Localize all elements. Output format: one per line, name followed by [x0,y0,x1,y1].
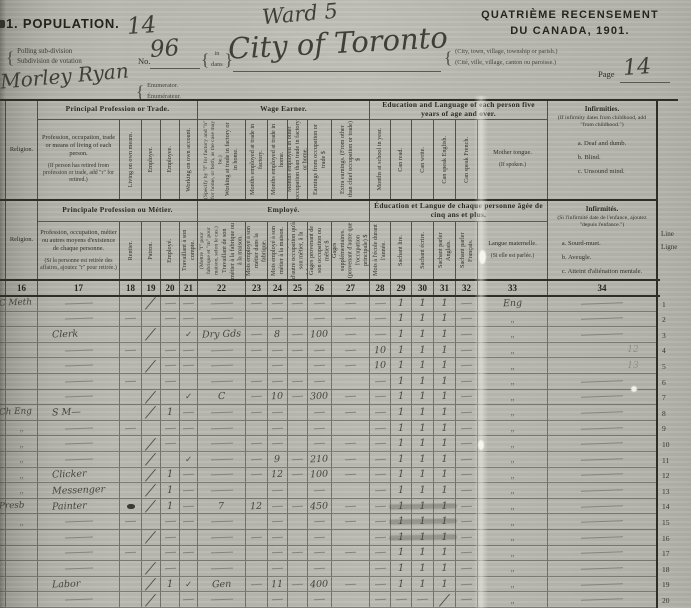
entry-L4-c21 [183,350,194,351]
cell-L10-c16: „ [6,436,38,452]
entry-L14-c20: 1 [167,501,173,512]
entry-L12-c26: 100 [310,469,329,481]
cell-L5-c19: / [142,358,161,374]
cell-L14-c22: 7 [198,499,246,515]
entry-L19-c33: „ [511,579,515,589]
entry-L8-c17: S M— [52,406,81,418]
cell-L19-c17: Labor [38,577,120,593]
cell-L9-c30: 1 [412,421,434,437]
cell-L10-c30: 1 [412,436,434,452]
cell-L8-c22 [198,405,246,421]
entry-L9-c24 [272,428,283,429]
cell-L6-c30: 1 [412,374,434,390]
cell-L1-c34 [548,296,657,312]
entry-L11-c34 [581,459,623,460]
cell-L4-c34: 12 [548,343,657,359]
entry-L6-c23 [251,381,262,382]
cell-L17-c34 [548,546,657,562]
cell-L2-c33: „ [478,312,548,328]
cell-L16-c17 [38,530,120,546]
cell-L5-c31: 1 [434,358,456,374]
col32-header-fr: Sachant parler Français. [456,222,478,280]
cell-L19-c21: ✓ [180,577,198,593]
entry-L11-c32 [461,459,472,460]
cell-L6-c17 [38,374,120,390]
entry-L5-c31: 1 [441,360,447,371]
cell-L16-c21 [180,530,198,546]
entry-L17-c34 [581,552,623,553]
brace-icon: { [201,51,209,68]
cell-L9-c22 [198,421,246,437]
entry-L18-c34 [581,568,623,569]
cell-L12-c20: 1 [161,468,180,484]
entry-L11-c23 [251,459,262,460]
entry-L16-c17 [65,537,93,538]
cell-L1-c32 [456,296,478,312]
entry-L4-c25 [292,350,303,351]
cell-L12-c33: „ [478,468,548,484]
cell-L14-c20: 1 [161,499,180,515]
entry-L17-c24 [272,552,283,553]
entry-L16-c32 [461,537,472,538]
entry-L18-c28 [375,568,386,569]
cell-L14-c26: 450 [308,499,332,515]
cell-L15-c27 [332,514,370,530]
entry-L2-c29: 1 [398,313,404,324]
cell-L17-c26 [308,546,332,562]
cell-L7-c16 [6,390,38,406]
cell-L11-c31: 1 [434,452,456,468]
cell-L11-c23 [246,452,268,468]
group-header-en-2: Education and Language of each person fi… [370,100,548,120]
entry-L6-c29: 1 [398,376,404,387]
entry-L2-c31: 1 [441,313,447,324]
cell-L12-c21 [180,468,198,484]
cell-L6-c28 [370,374,391,390]
cell-L5-c18 [120,358,142,374]
entry-L19-c26: 400 [310,578,329,590]
entry-L13-c21 [183,490,194,491]
cell-L2-c21 [180,312,198,328]
entry-L18-c33: „ [511,563,515,573]
entry-L5-c33: „ [511,361,515,371]
entry-L3-c32 [461,334,472,335]
table-rule [0,199,657,201]
cell-L11-c16: „ [6,452,38,468]
cell-L6-c16 [6,374,38,390]
col17-header-en: Profession, occupation, trade or means o… [38,120,120,200]
entry-L4-c18 [125,350,136,351]
cell-L13-c26 [308,483,332,499]
cell-L8-c25 [288,405,308,421]
col27-header-fr: Gages supplémentaires. (provenant d'autr… [332,222,370,280]
entry-L2-c33: „ [511,314,515,324]
entry-L14-c19: / [146,497,157,515]
entry-L9-c22 [211,428,233,429]
entry-L17-c20 [165,552,176,553]
cell-L4-c29: 1 [391,343,412,359]
cell-L9-c21 [180,421,198,437]
entry-L14-c18 [127,504,135,509]
entry-L2-c34 [581,318,623,319]
cell-L19-c23 [246,577,268,593]
entry-L19-c28 [375,584,386,585]
entry-L2-c27 [345,318,356,319]
cell-L3-c30: 1 [412,327,434,343]
cell-L19-c25 [288,577,308,593]
cell-L4-c33: „ [478,343,548,359]
cell-L3-c34 [548,327,657,343]
col21-header-en: Working on own account. [180,120,198,200]
entry-L3-c23 [251,334,262,335]
cell-L5-c29: 1 [391,358,412,374]
entry-L3-c24: 8 [274,329,280,340]
cell-L12-c26: 100 [308,468,332,484]
cell-L18-c28 [370,561,391,577]
cell-L19-c28 [370,577,391,593]
entry-L14-c26: 450 [310,500,329,512]
entry-L20-c28 [375,599,386,600]
entry-L7-c25 [292,396,303,397]
entry-L2-c30: 1 [419,313,425,324]
cell-L12-c32 [456,468,478,484]
cell-L18-c24 [268,561,288,577]
cell-L15-c22 [198,514,246,530]
cell-L20-c17 [38,592,120,608]
cell-L8-c31: 1 [434,405,456,421]
entry-L4-c27 [345,350,356,351]
entry-L8-c21 [183,412,194,413]
cell-L20-c26 [308,592,332,608]
entry-L12-c28 [375,474,386,475]
entry-L12-c25 [292,474,303,475]
entry-L6-c24 [272,381,283,382]
entry-L15-c32 [461,521,472,522]
cell-L2-c32 [456,312,478,328]
cell-L3-c16 [6,327,38,343]
cell-L7-c31: 1 [434,390,456,406]
cell-L13-c32 [456,483,478,499]
line-number-9: 9 [662,424,666,433]
col26-header-en: Earnings from occupation or trade $ [308,120,332,200]
entry-L13-c22 [211,490,233,491]
cell-L17-c29: 1 [391,546,412,562]
cell-L14-c16: Presb [6,499,38,515]
cell-L16-c24 [268,530,288,546]
entry-L3-c34 [581,334,623,335]
cell-L4-c32 [456,343,478,359]
cell-L15-c24 [268,514,288,530]
entry-L1-c25 [292,303,303,304]
cell-L5-c32 [456,358,478,374]
cell-L15-c34 [548,514,657,530]
entry-L14-c34 [581,506,623,507]
entry-L7-c28 [375,396,386,397]
entry-L1-c22 [211,303,233,304]
entry-L20-c31: / [439,591,450,608]
entry-L11-c25 [292,459,303,460]
entry-L8-c31: 1 [441,407,447,418]
cell-L2-c18 [120,312,142,328]
cell-L1-c29: 1 [391,296,412,312]
cell-L12-c17: Clicker [38,468,120,484]
entry-L7-c23 [251,396,262,397]
cell-L13-c24 [268,483,288,499]
cell-L10-c28 [370,436,391,452]
entry-L6-c20 [165,381,176,382]
cell-L10-c20 [161,436,180,452]
cell-L13-c18 [120,483,142,499]
col22-header-en: Working at trade in factory or in home.(… [198,120,246,200]
cell-L5-c25 [288,358,308,374]
entry-L5-c34: 13 [627,361,638,371]
cell-L6-c34 [548,374,657,390]
entry-L15-c33: „ [511,517,515,527]
entry-L11-c31: 1 [441,454,447,465]
cell-L7-c18 [120,390,142,406]
cell-L2-c26 [308,312,332,328]
entry-L6-c28 [375,381,386,382]
cell-L15-c23 [246,514,268,530]
cell-L20-c22 [198,592,246,608]
entry-L6-c17 [65,381,93,382]
entry-L14-c28 [375,506,386,507]
entry-L5-c20 [165,365,176,366]
cell-L5-c16 [6,358,38,374]
cell-L6-c24 [268,374,288,390]
cell-L19-c24: 11 [268,577,288,593]
entry-L1-c28 [375,303,386,304]
entry-L2-c20 [165,318,176,319]
entry-L6-c33: „ [511,376,515,386]
entry-L16-c19: / [146,528,157,546]
entry-L8-c26 [314,412,325,413]
entry-L16-c34 [581,537,623,538]
scan-speck [478,440,484,450]
cell-L1-c27 [332,296,370,312]
entry-L3-c27 [345,334,356,335]
entry-L4-c33: „ [511,345,515,355]
entry-L19-c30: 1 [419,579,425,590]
cell-L3-c25 [288,327,308,343]
census-title-line2: DU CANADA, 1901. [478,24,662,40]
entry-L20-c19: / [146,591,157,608]
cell-L11-c34 [548,452,657,468]
entry-L8-c27 [345,412,356,413]
group-header-fr-2: Éducation et Langue de chaque personne â… [370,200,548,222]
line-number-16: 16 [662,534,670,543]
entry-L16-c26 [314,537,325,538]
cell-L17-c31: 1 [434,546,456,562]
entry-L7-c31: 1 [441,391,447,402]
cell-L8-c34 [548,405,657,421]
cell-L1-c16: C Meth [6,296,38,312]
cell-L20-c30 [412,592,434,608]
cell-L14-c33: „ [478,499,548,515]
cell-L10-c32 [456,436,478,452]
cell-L12-c24: 12 [268,468,288,484]
entry-L15-c18 [125,521,136,522]
entry-L4-c24 [272,350,283,351]
cell-L3-c31: 1 [434,327,456,343]
subdivision-number-handwritten: 96 [149,35,180,63]
cell-L9-c26 [308,421,332,437]
entry-L19-c34 [581,584,623,585]
line-number-1: 1 [662,300,666,309]
cell-L3-c21: ✓ [180,327,198,343]
entry-L16-c22 [211,537,233,538]
entry-L10-c27 [345,443,356,444]
cell-L6-c27 [332,374,370,390]
entry-L19-c22: Gen [212,578,232,590]
cell-L16-c25 [288,530,308,546]
entry-L2-c26 [314,318,325,319]
cell-L3-c23 [246,327,268,343]
cell-L6-c25 [288,374,308,390]
cell-L12-c29: 1 [391,468,412,484]
cell-L4-c26 [308,343,332,359]
group-header-en-0: Principal Profession or Trade. [38,100,198,120]
cell-L5-c20 [161,358,180,374]
entry-L9-c21 [183,428,194,429]
cell-L12-c22 [198,468,246,484]
cell-L11-c21: ✓ [180,452,198,468]
cell-L17-c25 [288,546,308,562]
entry-L1-c20 [165,303,176,304]
entry-L10-c22 [211,443,233,444]
cell-L15-c17 [38,514,120,530]
cell-L19-c20: 1 [161,577,180,593]
entry-L12-c34 [581,474,623,475]
entry-L12-c32 [461,474,472,475]
entry-L11-c30: 1 [419,454,425,465]
cell-L19-c32 [456,577,478,593]
entry-L13-c32 [461,490,472,491]
entry-L3-c26: 100 [310,329,329,341]
cell-L9-c18 [120,421,142,437]
cell-L17-c18 [120,546,142,562]
cell-L2-c25 [288,312,308,328]
entry-L10-c16: „ [20,439,24,449]
cell-L10-c25 [288,436,308,452]
schedule-title: 1. POPULATION. [6,16,120,31]
entry-L3-c22: Dry Gds [202,328,241,340]
entry-L8-c22 [211,412,233,413]
cell-L18-c34 [548,561,657,577]
entry-L3-c29: 1 [398,329,404,340]
entry-L11-c28 [375,459,386,460]
cell-L11-c20 [161,452,180,468]
entry-L17-c22 [211,552,233,553]
cell-L18-c33: „ [478,561,548,577]
cell-L14-c27 [332,499,370,515]
entry-L2-c28 [375,318,386,319]
cell-L7-c33: „ [478,390,548,406]
entry-L19-c17: Labor [52,578,81,590]
place-hint-en: (City, town, village, township or parish… [455,47,557,58]
table-rule [656,99,658,608]
cell-L6-c29: 1 [391,374,412,390]
entry-L8-c19: / [146,403,157,421]
cell-L16-c22 [198,530,246,546]
entry-L8-c24 [272,412,283,413]
entry-L8-c34 [581,412,623,413]
entry-L7-c33: „ [511,392,515,402]
entry-L6-c22 [211,381,233,382]
entry-L3-c30: 1 [419,329,425,340]
cell-L2-c29: 1 [391,312,412,328]
entry-L15-c17 [65,521,93,522]
entry-L17-c33: „ [511,548,515,558]
cell-L10-c23 [246,436,268,452]
line-column-label: LineLigne [661,228,677,253]
cell-L16-c28 [370,530,391,546]
entry-L5-c30: 1 [419,360,425,371]
entry-L10-c33: „ [511,439,515,449]
cell-L16-c16 [6,530,38,546]
entry-L13-c34 [581,490,623,491]
cell-L2-c16 [6,312,38,328]
cell-L5-c27 [332,358,370,374]
entry-L13-c24 [272,490,283,491]
polling-label-en: Polling sub-division [17,47,82,57]
cell-L9-c32 [456,421,478,437]
cell-L4-c20 [161,343,180,359]
entry-L11-c16: „ [20,454,24,464]
cell-L3-c32 [456,327,478,343]
cell-L4-c25 [288,343,308,359]
census-document-scan: 1. POPULATION. QUATRIÈME RECENSEMENT DU … [0,0,691,608]
entry-L1-c29: 1 [398,298,404,309]
cell-L16-c26 [308,530,332,546]
entry-L11-c21: ✓ [185,454,192,465]
cell-L17-c20 [161,546,180,562]
line-number-5: 5 [662,362,666,371]
cell-L18-c26 [308,561,332,577]
entry-L4-c30: 1 [419,345,425,356]
cell-L1-c30: 1 [412,296,434,312]
entry-L18-c31: 1 [441,563,447,574]
census-title: QUATRIÈME RECENSEMENT DU CANADA, 1901. [478,8,662,40]
cell-L6-c21 [180,374,198,390]
cell-L5-c34: 13 [548,358,657,374]
col16-header-fr: Religion. [6,200,38,280]
cell-L14-c17: Painter [38,499,120,515]
entry-L12-c23 [251,474,262,475]
entry-L14-c16: Presb [0,501,25,512]
cell-L3-c19: / [142,327,161,343]
col33-header-en: Mother tongue.(If spoken.) [478,120,548,200]
entry-L12-c22 [211,474,233,475]
entry-L9-c31: 1 [441,423,447,434]
cell-L14-c24 [268,499,288,515]
entry-L19-c27 [345,584,356,585]
cell-L8-c16: Ch Eng [6,405,38,421]
cell-L9-c31: 1 [434,421,456,437]
cell-L17-c27 [332,546,370,562]
cell-L5-c23 [246,358,268,374]
entry-L1-c24 [272,303,283,304]
entry-L4-c34: 12 [627,345,638,355]
scan-speck [479,250,486,264]
cell-L5-c24 [268,358,288,374]
scan-speck [631,386,637,392]
cell-L20-c20 [161,592,180,608]
entry-L19-c23 [251,584,262,585]
entry-L1-c33: Eng [503,297,523,309]
cell-L7-c17 [38,390,120,406]
entry-L11-c22 [211,459,233,460]
